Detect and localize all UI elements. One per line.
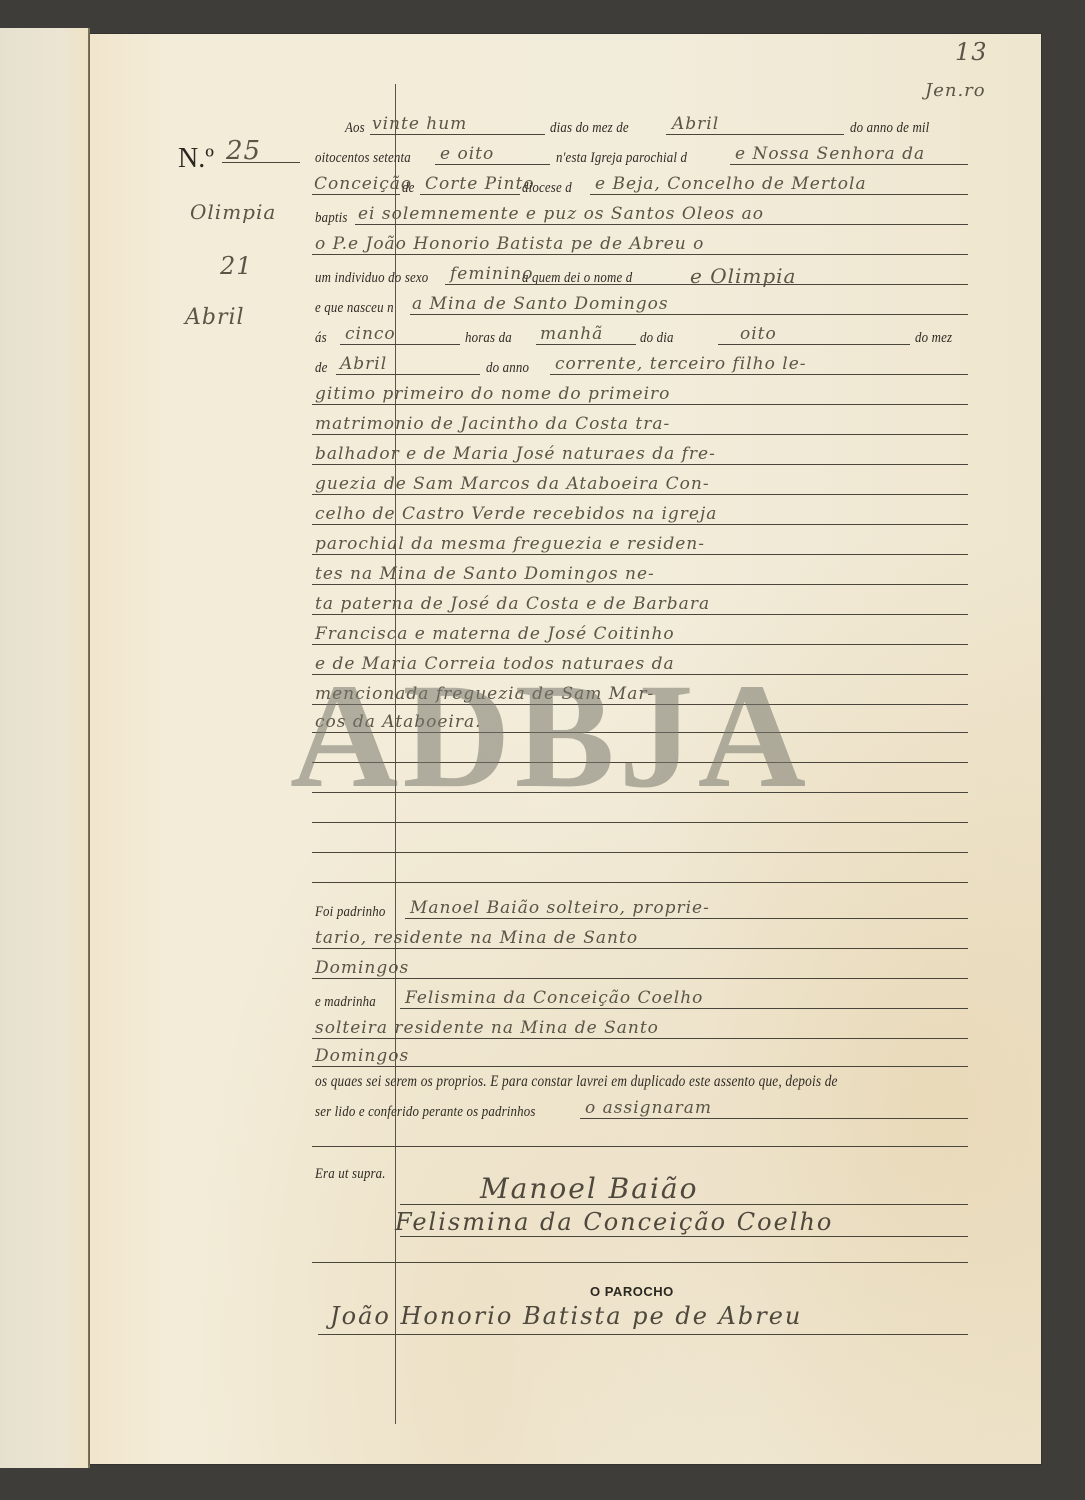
rule: [730, 164, 968, 165]
blank-rule: [312, 762, 968, 763]
rule: [312, 978, 968, 979]
margin-month: Abril: [185, 305, 245, 330]
filled-year: e oito: [440, 144, 494, 164]
rule: [435, 164, 550, 165]
signature-parocho: João Honorio Batista pe de Abreu: [330, 1302, 802, 1330]
printed-dias: dias do mez de: [550, 120, 629, 137]
rule: [312, 674, 968, 675]
madrinha-line: Felismina da Conceição Coelho: [405, 988, 703, 1008]
signature-rule: [400, 1204, 968, 1205]
closing-filled: o assignaram: [585, 1098, 712, 1118]
closing-text-1: os quaes sei serem os proprios. E para c…: [315, 1073, 838, 1091]
rule: [580, 1118, 968, 1119]
body-line: matrimonio de Jacintho da Costa tra-: [315, 414, 670, 434]
rule: [536, 344, 636, 345]
printed-oitocentos: oitocentos setenta: [315, 150, 411, 167]
rule: [590, 194, 968, 195]
rule: [445, 284, 968, 285]
printed-do-anno2: do anno: [486, 360, 529, 377]
filled-baptis: ei solemnemente e puz os Santos Oleos ao: [358, 204, 764, 224]
signature-padrinho: Manoel Baião: [480, 1172, 698, 1205]
filled-birth-day: oito: [740, 324, 777, 344]
rule: [550, 374, 968, 375]
closing-text-2: ser lido e conferido perante os padrinho…: [315, 1104, 536, 1121]
body-line: ta paterna de José da Costa e de Barbara: [315, 594, 710, 614]
printed-as: ás: [315, 330, 327, 347]
rule: [400, 1008, 968, 1009]
rule: [312, 584, 968, 585]
rule: [718, 344, 910, 345]
filled-birthplace: a Mina de Santo Domingos: [412, 294, 669, 314]
margin-name: Olimpia: [190, 200, 276, 224]
body-line: balhador e de Maria José naturaes da fre…: [315, 444, 716, 464]
rule: [312, 1038, 968, 1039]
rule: [312, 644, 968, 645]
filled-place: Corte Pinto: [425, 174, 535, 194]
body-line: parochial da mesma freguezia e residen-: [315, 534, 705, 554]
blank-rule: [312, 852, 968, 853]
printed-padrinho: Foi padrinho: [315, 904, 386, 921]
printed-do-mez: do mez: [915, 330, 952, 347]
body-line: cos da Ataboeira.: [315, 712, 482, 732]
era-ut-supra: Era ut supra.: [315, 1166, 386, 1183]
rule: [312, 732, 968, 733]
filled-birth-month: Abril: [340, 354, 387, 374]
signature-madrinha: Felismina da Conceição Coelho: [395, 1208, 833, 1236]
filled-year-text: corrente, terceiro filho le-: [555, 354, 807, 374]
padrinho-line: tario, residente na Mina de Santo: [315, 928, 638, 948]
rule: [312, 948, 968, 949]
blank-rule: [312, 822, 968, 823]
rule: [312, 404, 968, 405]
printed-diocese: diocese d: [522, 180, 572, 197]
rule: [312, 614, 968, 615]
rule: [312, 1146, 968, 1147]
rule: [336, 374, 480, 375]
signature-rule: [400, 1236, 968, 1237]
rule: [666, 134, 844, 135]
page-number: 13: [955, 38, 988, 66]
rule: [312, 1066, 968, 1067]
entry-number-label: N.º: [178, 143, 214, 175]
rule: [312, 524, 968, 525]
signature-rule: [318, 1334, 968, 1335]
printed-igreja: n'esta Igreja parochial d: [556, 150, 687, 167]
body-line: celho de Castro Verde recebidos na igrej…: [315, 504, 717, 524]
madrinha-line: solteira residente na Mina de Santo: [315, 1018, 659, 1038]
printed-horas: horas da: [465, 330, 512, 347]
rule: [355, 224, 968, 225]
rule: [312, 1262, 968, 1263]
filled-month: Abril: [672, 114, 719, 134]
rule: [312, 494, 968, 495]
printed-nasceu: e que nasceu n: [315, 300, 394, 317]
body-line: Francisca e materna de José Coitinho: [315, 624, 675, 644]
printed-do-anno: do anno de mil: [850, 120, 929, 137]
printed-dia: do dia: [640, 330, 674, 347]
printed-de2: de: [315, 360, 328, 377]
filled-period: manhã: [540, 324, 603, 344]
body-line: guezia de Sam Marcos da Ataboeira Con-: [315, 474, 710, 494]
rule: [312, 464, 968, 465]
body-line: gitimo primeiro do nome do primeiro: [315, 384, 670, 404]
filled-parish: e Nossa Senhora da: [735, 144, 925, 164]
rule: [312, 254, 968, 255]
margin-day: 21: [220, 252, 253, 280]
filled-priest: o P.e João Honorio Batista pe de Abreu o: [315, 234, 704, 254]
rule: [312, 194, 400, 195]
madrinha-line: Domingos: [315, 1046, 409, 1066]
previous-page-edge: [0, 28, 88, 1468]
printed-baptis: baptis: [315, 210, 348, 227]
printed-de: de: [402, 180, 415, 197]
blank-rule: [312, 882, 968, 883]
rule: [410, 314, 968, 315]
padrinho-line: Manoel Baião solteiro, proprie-: [410, 898, 710, 918]
padrinho-line: Domingos: [315, 958, 409, 978]
rule: [312, 704, 968, 705]
filled-conceicao: Conceição: [314, 174, 412, 194]
body-line: tes na Mina de Santo Domingos ne-: [315, 564, 655, 584]
filled-hour: cinco: [345, 324, 396, 344]
body-line: e de Maria Correia todos naturaes da: [315, 654, 675, 674]
parocho-label: O PAROCHO: [590, 1284, 674, 1299]
printed-sexo: um individuo do sexo: [315, 270, 428, 287]
printed-madrinha: e madrinha: [315, 994, 376, 1011]
rule: [312, 434, 968, 435]
entry-number-rule: [222, 162, 300, 163]
printed-aos: Aos: [345, 120, 365, 137]
filled-sex: feminino: [450, 264, 533, 284]
page-note: Jen.ro: [925, 80, 986, 101]
filled-day: vinte hum: [372, 114, 467, 134]
filled-diocese: e Beja, Concelho de Mertola: [595, 174, 867, 194]
rule: [312, 554, 968, 555]
body-line: mencionada freguezia de Sam Mar-: [315, 684, 654, 704]
rule: [340, 344, 460, 345]
rule: [420, 194, 520, 195]
blank-rule: [312, 792, 968, 793]
rule: [370, 134, 545, 135]
rule: [405, 918, 968, 919]
